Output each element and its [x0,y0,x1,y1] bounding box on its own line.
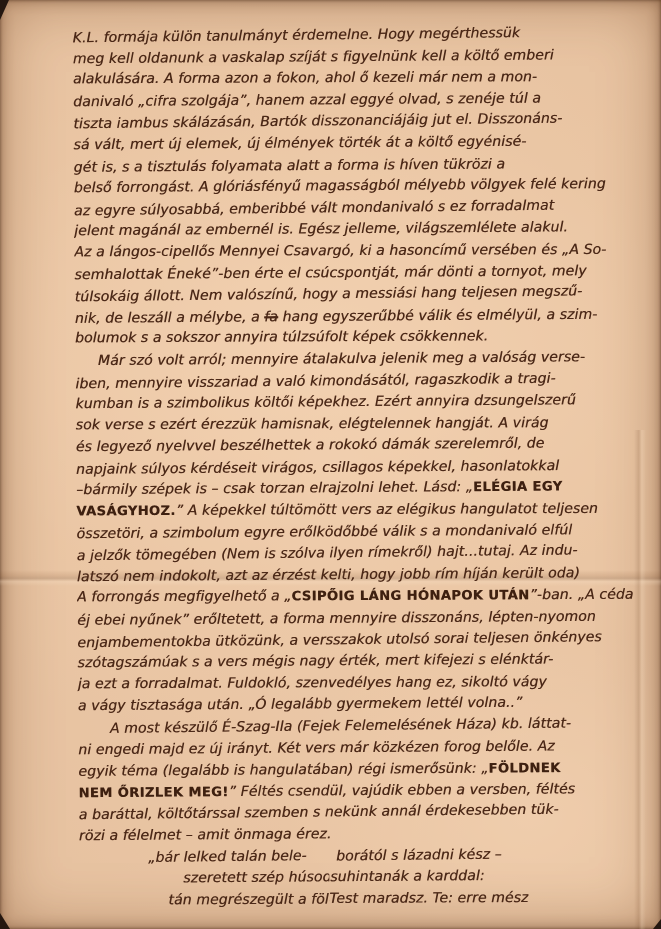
text-line: Az a lángos-cipellős Mennyei Csavargó, k… [74,240,641,264]
text-line: A forrongás megfigyelhető a „CSIPŐIG LÁN… [77,585,644,609]
manuscript-page: K.L. formája külön tanulmányt érdemelne.… [0,0,661,929]
text-line: szeretett szép húsodba [129,867,329,890]
verse-left: „bár lelked talán bele-szeretett szép hú… [129,846,330,912]
text-line: alakulására. A forma azon a fokon, ahol … [73,67,640,91]
verse-right: borától s lázadni kész –suhintanák a kar… [329,844,529,910]
text-line: ja ezt a forradalmat. Fuldokló, szenvedé… [78,671,645,695]
text-line: napjaink súlyos kérdéseit virágos, csill… [76,455,643,481]
text-line: sok verse s ezért érezzük hamisnak, elég… [76,412,643,436]
text-line: bolumok s a sokszor annyira túlzsúfolt k… [75,326,642,350]
manuscript-lines: K.L. formája külön tanulmányt érdemelne.… [73,23,646,848]
handwritten-text-block: K.L. formája külön tanulmányt érdemelne.… [73,23,647,913]
paper-corner-shadow-bottom-left [0,913,10,929]
text-line: „bár lelked talán bele- [129,845,329,869]
paper-corner-shadow-bottom-right [653,919,661,929]
text-line: gét is, s a tisztulás folyamata alatt a … [74,153,641,179]
text-line: suhintanák a karddal: [329,866,528,889]
text-line: Test maradsz. Te: erre mész [329,888,528,911]
closing-verse: „bár lelked talán bele-szeretett szép hú… [79,843,646,912]
text-line: VASÁGYHOZ.” A képekkel túltömött vers az… [76,499,643,523]
text-line: tán megrészegült a föld [129,889,329,912]
text-line: egyik téma (legalább is hangulatában) ré… [78,758,645,784]
text-line: borától s lázadni kész – [329,844,528,868]
paper-corner-shadow-top-left [0,0,9,20]
